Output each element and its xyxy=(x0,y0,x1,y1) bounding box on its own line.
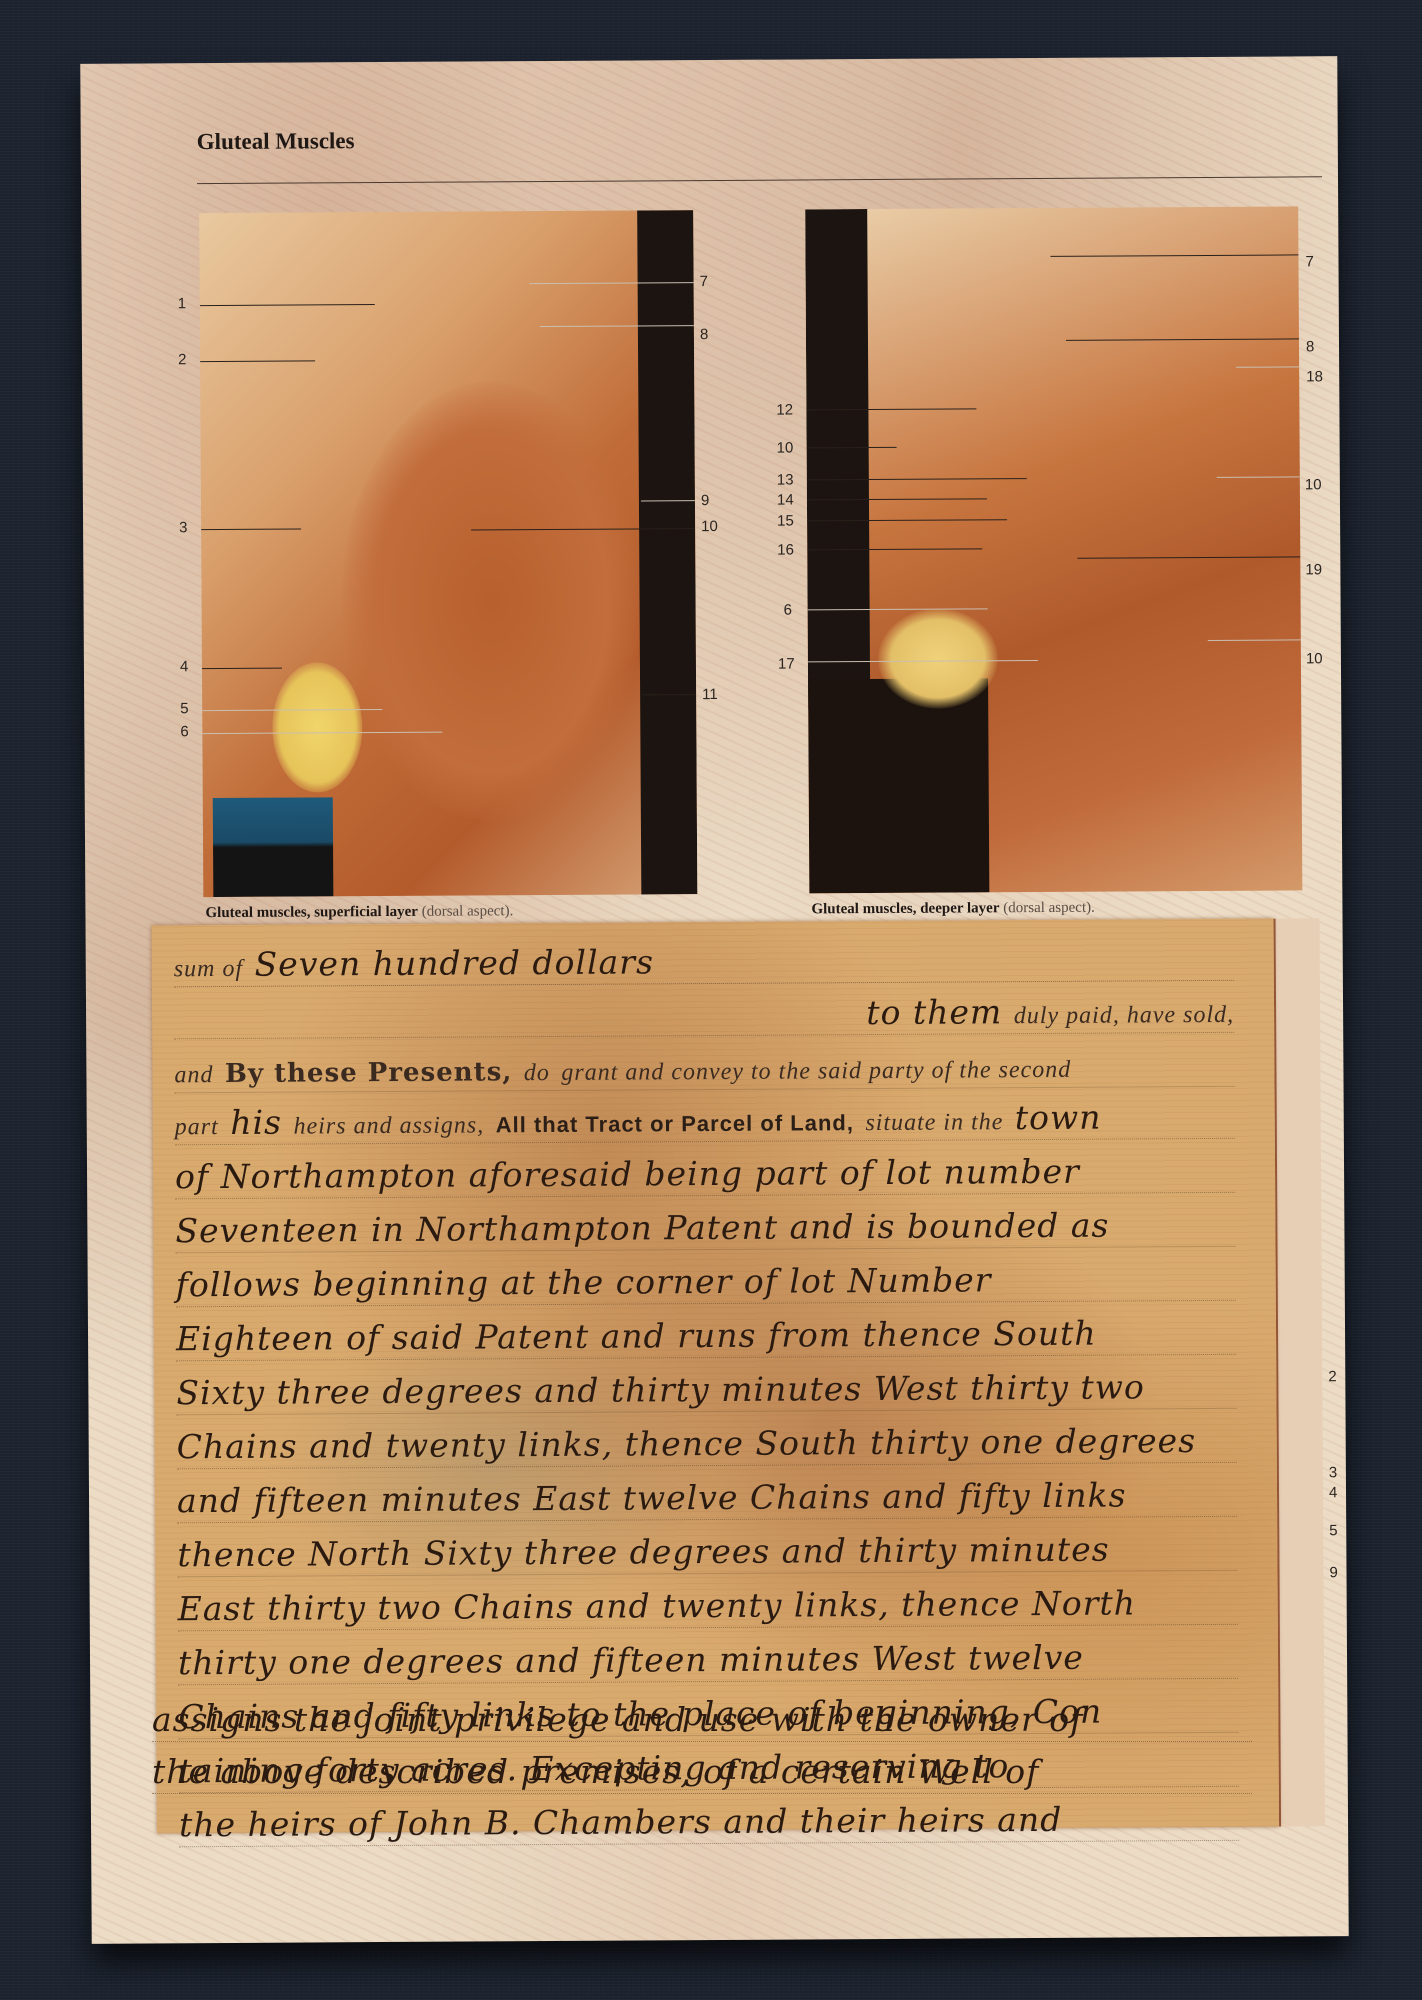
label-number: 12 xyxy=(776,402,793,419)
leader-line xyxy=(201,529,301,531)
gluteus-maximus-shape xyxy=(340,380,643,822)
leader-line xyxy=(1050,254,1298,257)
label-number: 10 xyxy=(701,518,718,535)
label-number: 7 xyxy=(700,273,708,290)
leader-line xyxy=(807,548,982,550)
label-number: 4 xyxy=(180,658,188,675)
leader-line xyxy=(202,668,282,669)
leader-line xyxy=(200,360,315,362)
deed-line: assigns the joint privilege and use with… xyxy=(152,1700,1252,1742)
fat-pad-shape xyxy=(878,608,999,709)
printed-text: situate in the xyxy=(865,1109,1003,1136)
label-number: 5 xyxy=(180,700,188,717)
printed-text: sum of xyxy=(174,956,244,982)
figure-caption-right: Gluteal muscles, deeper layer (dorsal as… xyxy=(811,900,1095,919)
leader-line xyxy=(1236,366,1299,367)
printed-text: heirs and assigns, xyxy=(293,1112,484,1139)
caption-light: (dorsal aspect). xyxy=(422,903,514,920)
leader-line xyxy=(807,498,987,500)
caption-bold: Gluteal muscles, superficial layer xyxy=(205,904,418,921)
label-number: 14 xyxy=(777,492,794,509)
leader-line xyxy=(806,408,976,410)
deed-line: Eighteen of said Patent and runs from th… xyxy=(176,1313,1236,1361)
deed-edge-strip xyxy=(1274,918,1326,1826)
deed-line: Chains and twenty links, thence South th… xyxy=(177,1421,1237,1469)
leader-line xyxy=(808,608,988,610)
background-dark xyxy=(808,678,989,893)
label-number: 9 xyxy=(1329,1564,1337,1581)
label-number: 4 xyxy=(1329,1484,1337,1501)
label-number: 3 xyxy=(179,519,187,536)
label-number: 11 xyxy=(702,686,718,703)
figure-caption-left: Gluteal muscles, superficial layer (dors… xyxy=(205,903,513,922)
label-number: 10 xyxy=(777,440,794,457)
label-number: 18 xyxy=(1306,368,1323,385)
land-deed-document: sum of Seven hundred dollars to them dul… xyxy=(152,919,1280,1834)
deed-line: part his heirs and assigns, All that Tra… xyxy=(175,1097,1235,1145)
label-number: 7 xyxy=(1305,253,1313,270)
printed-bold-text: All that Tract or Parcel of Land, xyxy=(496,1110,854,1137)
label-number: 3 xyxy=(1329,1464,1337,1481)
deed-line: East thirty two Chains and twenty links,… xyxy=(178,1583,1238,1631)
deed-line: sum of Seven hundred dollars xyxy=(174,939,1234,987)
collage-board: Gluteal Muscles 1 2 3 4 5 6 7 8 9 10 11 … xyxy=(80,56,1348,1944)
deed-line: the above described premises, of a certa… xyxy=(152,1752,1252,1794)
figure-superficial-layer xyxy=(199,210,697,897)
caption-bold: Gluteal muscles, deeper layer xyxy=(811,900,999,917)
deed-line: thirty one degrees and fifteen minutes W… xyxy=(178,1637,1238,1685)
handwritten-text: to them xyxy=(866,992,1002,1032)
label-number: 9 xyxy=(701,492,709,509)
label-number: 8 xyxy=(700,326,708,343)
figure-deeper-layer xyxy=(805,206,1302,893)
printed-text: duly paid, have sold, xyxy=(1014,1002,1234,1029)
background-strip xyxy=(805,209,870,709)
label-number: 2 xyxy=(178,351,186,368)
label-number: 15 xyxy=(777,513,794,530)
label-number: 2 xyxy=(1328,1368,1336,1385)
label-number: 19 xyxy=(1305,561,1322,578)
leader-line xyxy=(1208,639,1301,641)
label-number: 16 xyxy=(777,542,794,559)
deed-line: to them duly paid, have sold, xyxy=(174,991,1234,1039)
caption-light: (dorsal aspect). xyxy=(1003,900,1095,917)
handwritten-text: town xyxy=(1015,1098,1102,1138)
deed-line: of Northampton aforesaid being part of l… xyxy=(175,1151,1235,1199)
label-number: 17 xyxy=(778,656,795,673)
handwritten-text: Seven hundred dollars xyxy=(254,942,654,983)
printed-gothic-text: By these Presents, xyxy=(225,1057,513,1089)
fat-pad-shape xyxy=(272,662,363,793)
deed-line: follows beginning at the corner of lot N… xyxy=(176,1259,1236,1307)
label-number: 13 xyxy=(777,472,794,489)
label-number: 6 xyxy=(784,602,792,619)
leader-line xyxy=(1066,338,1299,340)
label-number: 1 xyxy=(178,295,186,312)
printed-text: part xyxy=(175,1114,219,1140)
label-number: 5 xyxy=(1329,1522,1337,1539)
page-title: Gluteal Muscles xyxy=(197,128,355,155)
deed-tail: assigns the joint privilege and use with… xyxy=(152,1700,1252,1784)
printed-text: do xyxy=(524,1060,550,1086)
leader-line xyxy=(1217,476,1300,478)
deed-line: and fifteen minutes East twelve Chains a… xyxy=(177,1475,1237,1523)
leader-line xyxy=(807,519,1007,521)
background-strip xyxy=(637,210,697,894)
background-blue xyxy=(213,797,334,897)
label-number: 6 xyxy=(180,723,188,740)
label-number: 10 xyxy=(1306,650,1323,667)
printed-text: grant and convey to the said party of th… xyxy=(561,1057,1071,1086)
deed-line: and By these Presents, do grant and conv… xyxy=(174,1045,1234,1093)
printed-text: and xyxy=(174,1062,213,1088)
deed-line: the heirs of John B. Chambers and their … xyxy=(179,1799,1239,1847)
leader-line xyxy=(807,478,1027,480)
handwritten-text: his xyxy=(230,1103,282,1142)
label-number: 10 xyxy=(1305,476,1322,493)
leader-line xyxy=(200,304,375,306)
deed-line: Sixty three degrees and thirty minutes W… xyxy=(176,1367,1236,1415)
deed-line: Seventeen in Northampton Patent and is b… xyxy=(175,1205,1235,1253)
title-divider xyxy=(197,176,1322,184)
leader-line xyxy=(1077,556,1300,558)
label-number: 8 xyxy=(1306,338,1314,355)
deed-line: thence North Sixty three degrees and thi… xyxy=(177,1529,1237,1577)
